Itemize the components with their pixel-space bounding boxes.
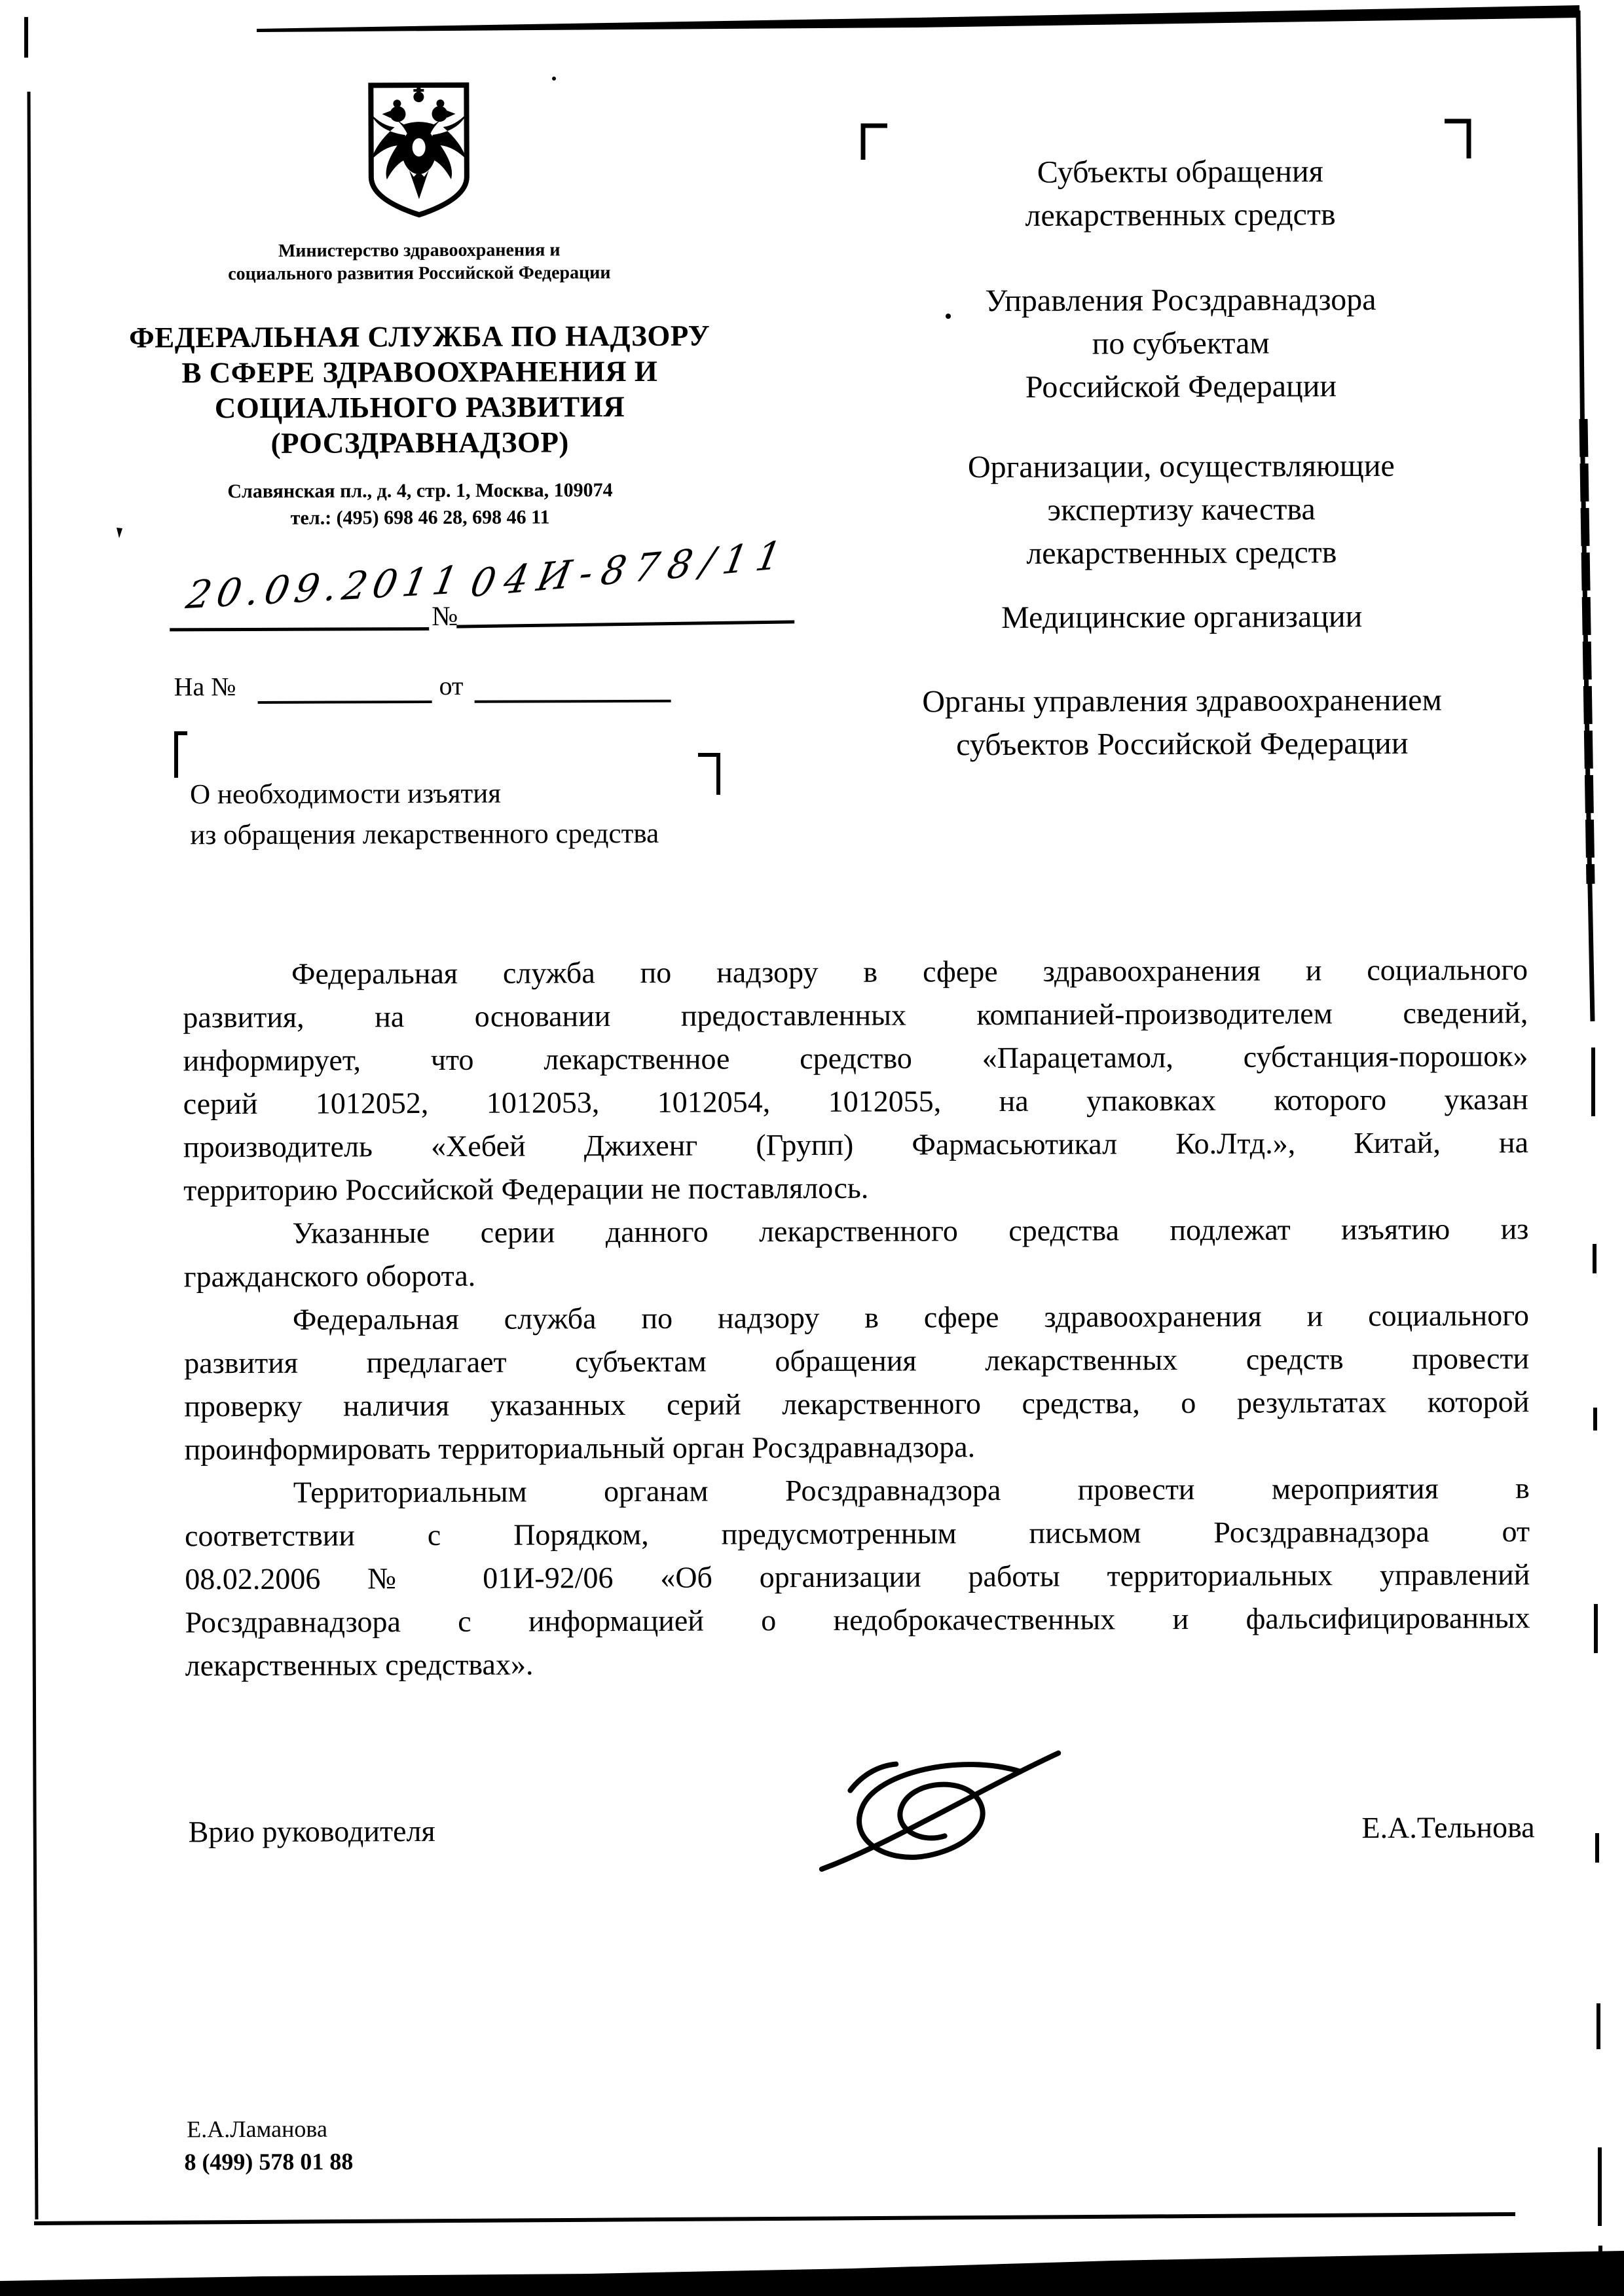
ministry-line1: Министерство здравоохранения и <box>95 238 743 263</box>
reply-number-underline <box>258 701 432 704</box>
service-line2: В СФЕРЕ ЗДРАВООХРАНЕНИЯ И <box>96 353 744 390</box>
body-line: серий 1012052, 1012053, 1012054, 1012055… <box>183 1078 1528 1125</box>
service-name: ФЕДЕРАЛЬНАЯ СЛУЖБА ПО НАДЗОРУ В СФЕРЕ ЗД… <box>96 318 745 461</box>
handwritten-date: 20.09.2011 <box>183 557 468 617</box>
letter-body: Федеральная служба по надзору в сфере зд… <box>183 948 1530 1687</box>
recipient-expert-organizations: Организации, осуществляющие экспертизу к… <box>836 444 1527 576</box>
reply-to-label: На № <box>174 671 236 702</box>
recipient-departments: Управления Росздравнадзора по субъектам … <box>835 278 1526 410</box>
body-line: Федеральная служба по надзору в сфере зд… <box>184 1294 1529 1341</box>
body-line: территорию Российской Федерации не поста… <box>183 1164 1528 1212</box>
recipient-line: Органы управления здравоохранением <box>837 678 1528 724</box>
number-sign: № <box>432 601 458 632</box>
coat-of-arms-icon <box>356 80 481 221</box>
executor-phone: 8 (499) 578 01 88 <box>184 2147 353 2176</box>
ministry-name: Министерство здравоохранения и социально… <box>95 238 743 285</box>
recipient-line: экспертизу качества <box>836 487 1526 533</box>
body-line: Территориальным органам Росздравнадзора … <box>185 1467 1530 1514</box>
body-line: производитель «Хебей Джихенг (Групп) Фар… <box>183 1121 1528 1169</box>
subject-line1: О необходимости изъятия <box>190 773 740 815</box>
recipient-line: Медицинские организации <box>836 594 1527 640</box>
recipient-health-authorities: Органы управления здравоохранением субъе… <box>837 678 1528 767</box>
body-line: гражданского оборота. <box>184 1250 1529 1298</box>
recipient-line: лекарственных средств <box>835 192 1526 238</box>
recipient-line: Организации, осуществляющие <box>836 444 1526 490</box>
ministry-line2: социального развития Российской Федераци… <box>95 261 743 285</box>
body-line: информирует, что лекарственное средство … <box>183 1034 1528 1082</box>
recipient-line: субъектов Российской Федерации <box>837 721 1528 767</box>
handwritten-number: 04И-878/11 <box>467 532 794 606</box>
body-line: соответствии с Порядком, предусмотренным… <box>185 1510 1530 1558</box>
executor-name: Е.А.Ламанова <box>187 2115 327 2143</box>
recipient-medical-organizations: Медицинские организации <box>836 594 1527 640</box>
service-address: Славянская пл., д. 4, стр. 1, Москва, 10… <box>96 476 744 505</box>
body-line: развития предлагает субъектам обращения … <box>184 1337 1529 1385</box>
recipient-line: по субъектам <box>836 321 1526 367</box>
recipient-line: Российской Федерации <box>836 364 1526 410</box>
body-line: лекарственных средствах». <box>185 1639 1530 1687</box>
number-underline <box>456 620 794 628</box>
reply-date-underline <box>475 700 671 703</box>
reply-from-label: от <box>439 670 463 701</box>
service-phone: тел.: (495) 698 46 28, 698 46 11 <box>96 503 745 532</box>
subject-line2: из обращения лекарственного средства <box>190 813 740 856</box>
body-line: проинформировать территориальный орган Р… <box>184 1423 1529 1471</box>
recipient-line: Управления Росздравнадзора <box>835 278 1526 323</box>
service-line1: ФЕДЕРАЛЬНАЯ СЛУЖБА ПО НАДЗОРУ <box>96 318 744 355</box>
recipient-line: лекарственных средств <box>836 530 1527 576</box>
recipient-subjects: Субъекты обращения лекарственных средств <box>835 149 1526 238</box>
body-line: 08.02.2006 № 01И-92/06 «Об организации р… <box>185 1553 1530 1601</box>
subject-block: О необходимости изъятия из обращения лек… <box>190 773 740 856</box>
service-address-block: Славянская пл., д. 4, стр. 1, Москва, 10… <box>96 476 744 532</box>
body-line: Федеральная служба по надзору в сфере зд… <box>183 948 1528 996</box>
body-line: проверку наличия указанных серий лекарст… <box>184 1380 1529 1428</box>
body-line: Указанные серии данного лекарственного с… <box>183 1207 1528 1255</box>
body-line: развития, на основании предоставленных к… <box>183 991 1528 1039</box>
recipient-line: Субъекты обращения <box>835 149 1526 195</box>
letterhead: Министерство здравоохранения и социально… <box>94 79 744 532</box>
scanned-letter-page: Министерство здравоохранения и социально… <box>0 0 1624 2296</box>
signer-position: Врио руководителя <box>189 1813 435 1849</box>
date-underline <box>170 627 429 631</box>
service-line3: СОЦИАЛЬНОГО РАЗВИТИЯ <box>96 388 744 426</box>
body-line: Росздравнадзора с информацией о недоброк… <box>185 1596 1530 1644</box>
service-line4: (РОСЗДРАВНАДЗОР) <box>96 424 744 461</box>
signature-scribble <box>804 1744 1067 1902</box>
signer-name: Е.А.Тельнова <box>1299 1810 1535 1845</box>
